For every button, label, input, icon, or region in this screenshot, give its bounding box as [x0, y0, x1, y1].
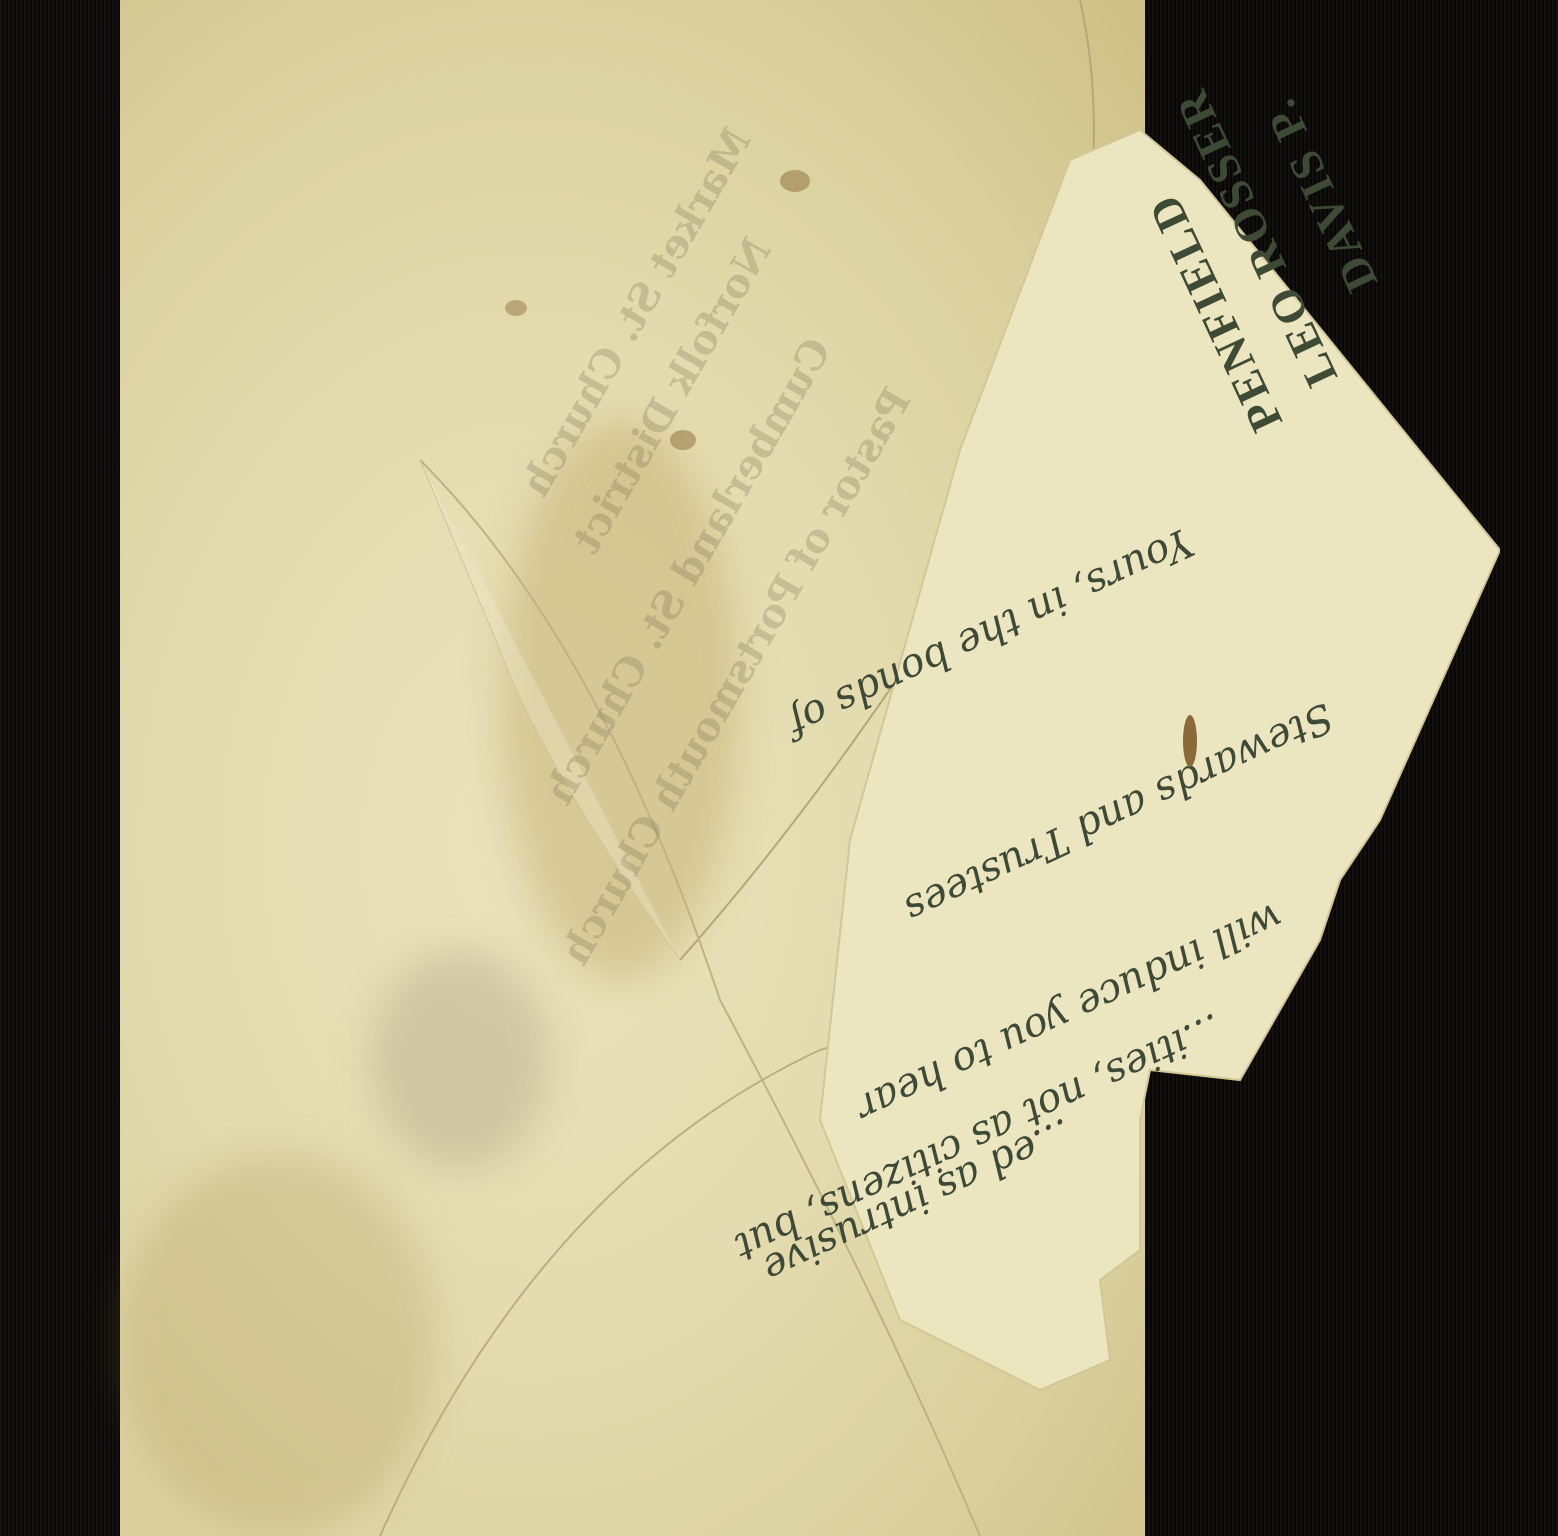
foxing-stain — [370, 950, 550, 1170]
rust-stain — [780, 170, 810, 192]
ink-blot — [1183, 715, 1197, 767]
black-fabric-background-left — [0, 0, 120, 1536]
rust-stain — [670, 430, 696, 450]
water-stain — [120, 1150, 440, 1530]
rust-stain — [505, 300, 527, 316]
